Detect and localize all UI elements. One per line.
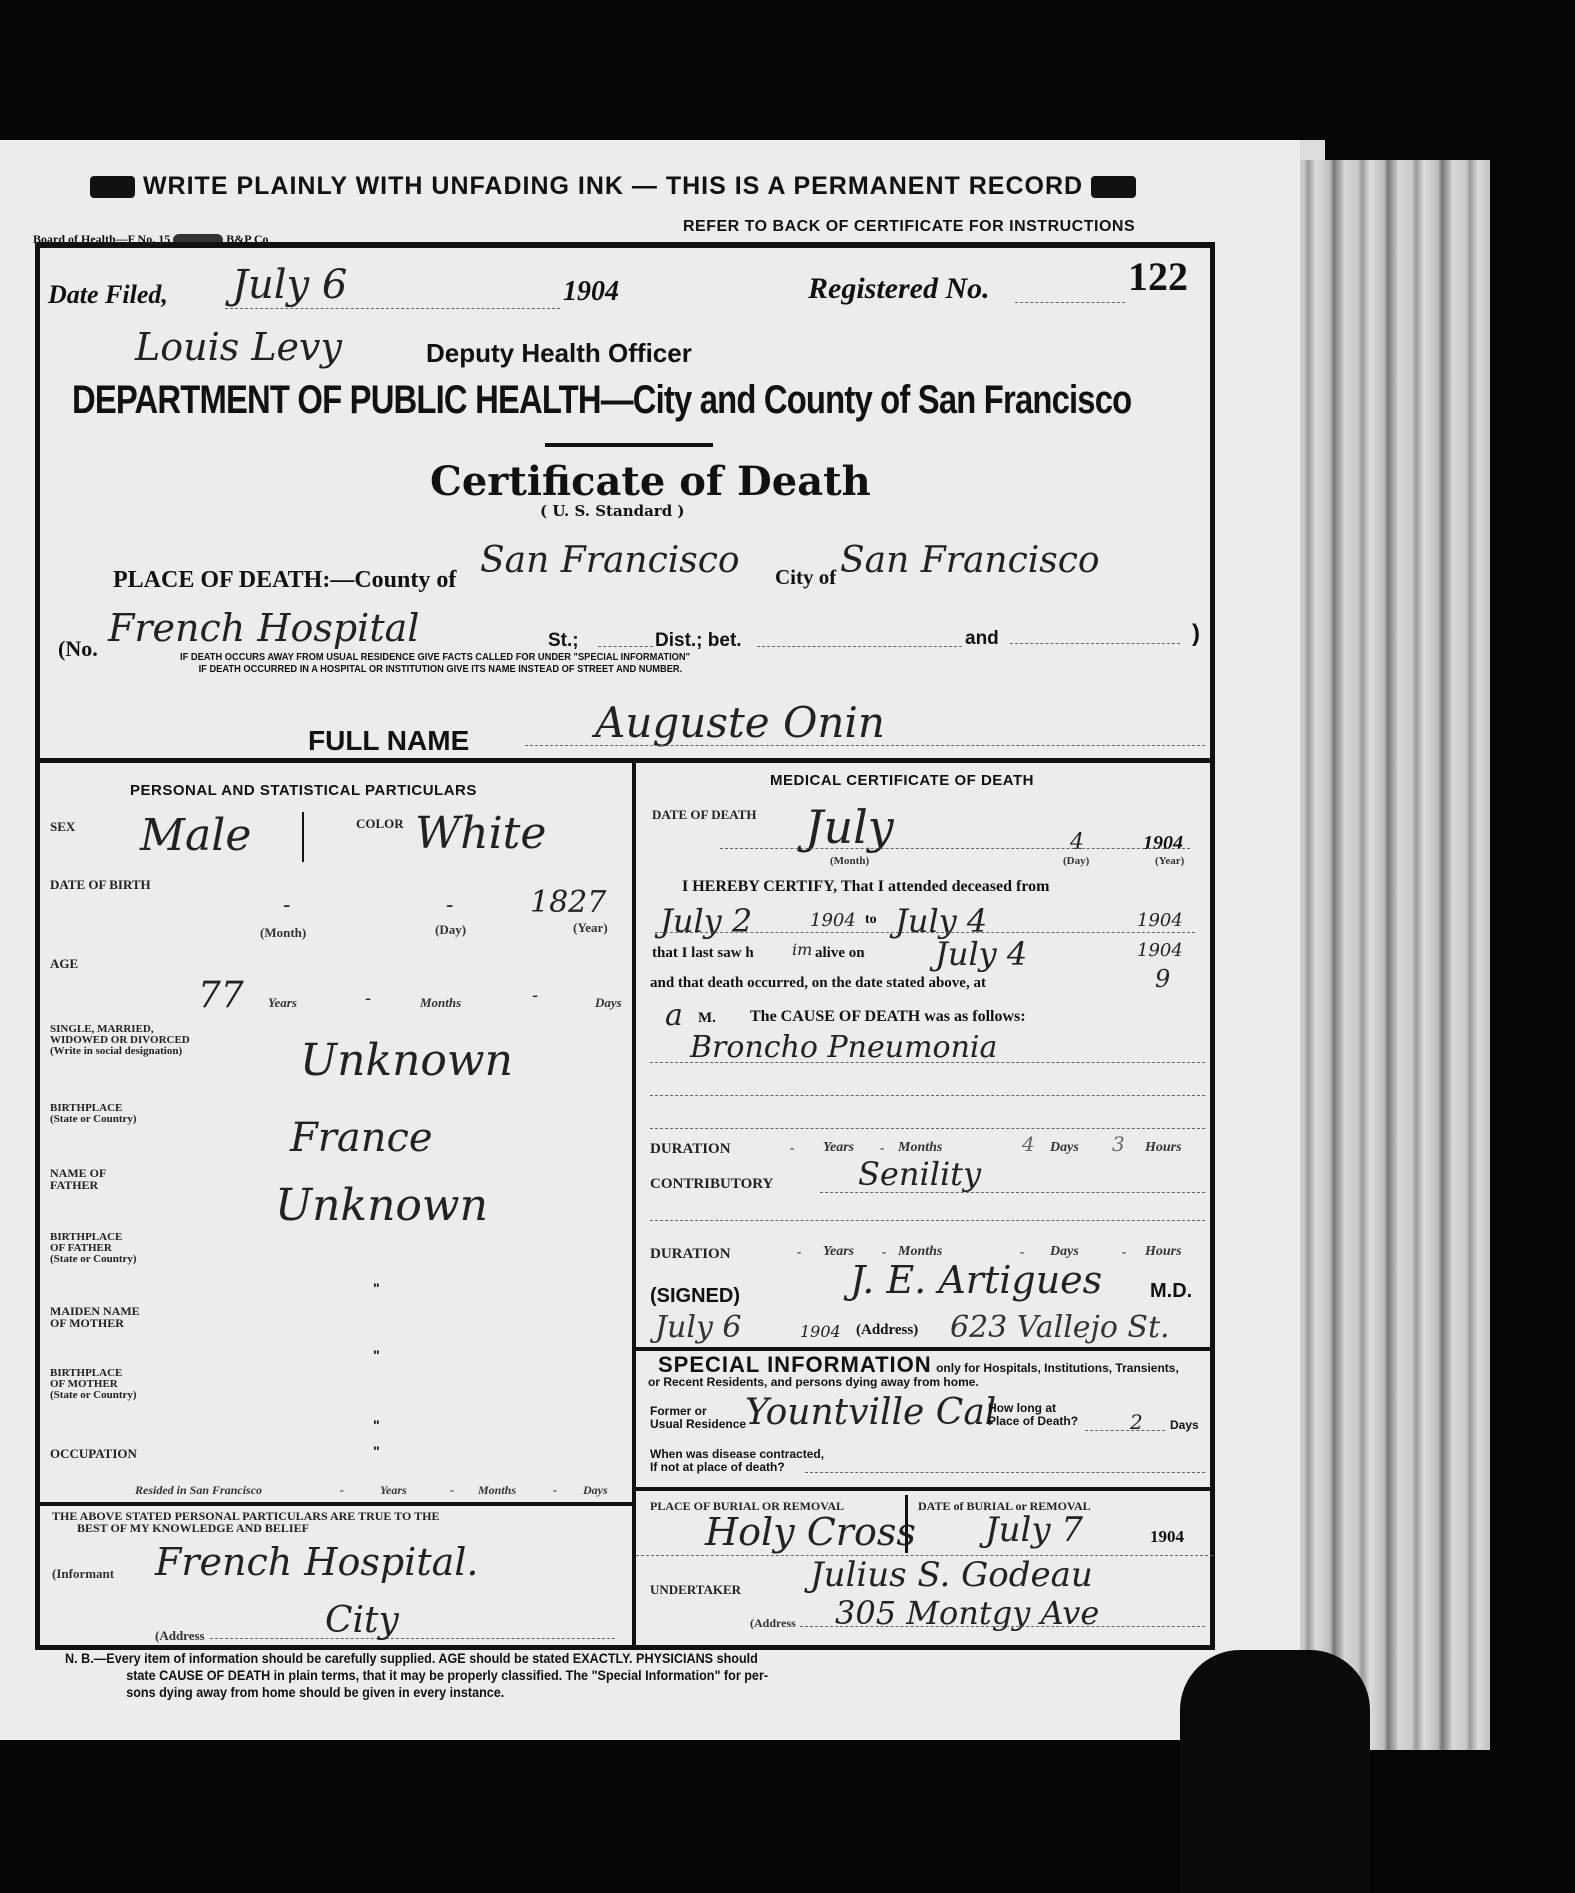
duration-1-months-caption: Months — [898, 1140, 942, 1156]
signed-label: (SIGNED) — [650, 1285, 740, 1308]
contributory-label: CONTRIBUTORY — [650, 1178, 773, 1191]
father-name-value: Unknown — [275, 1180, 488, 1231]
age-label: AGE — [50, 957, 78, 970]
informant-value: French Hospital. — [155, 1540, 478, 1584]
informant-address-label: (Address — [155, 1628, 205, 1644]
how-long-unit: Days — [1170, 1418, 1199, 1432]
registered-no-value: 122 — [1128, 253, 1188, 300]
attended-from-year: 1904 — [810, 910, 856, 931]
close-paren: ) — [1192, 620, 1200, 648]
to-label: to — [865, 912, 877, 928]
age-months: - — [365, 988, 371, 1009]
burial-date-year: 1904 — [1150, 1527, 1184, 1547]
marital-value: Unknown — [300, 1035, 513, 1086]
duration-2-hours: - — [1122, 1244, 1126, 1260]
attended-line — [655, 932, 1195, 933]
certificate-title: Certificate of Death — [430, 458, 871, 505]
officer-title: Deputy Health Officer — [426, 338, 692, 369]
attended-from: July 2 — [660, 902, 752, 940]
contributory-line-2 — [650, 1220, 1205, 1221]
resided-months-caption: Months — [478, 1483, 516, 1498]
duration-1-days-caption: Days — [1050, 1140, 1079, 1156]
residence-label: Former or Usual Residence — [650, 1405, 746, 1431]
district-line — [757, 646, 962, 647]
birthplace-label-line: (State or Country) — [50, 1114, 137, 1125]
burial-divider — [905, 1495, 908, 1553]
burial-place-value: Holy Cross — [705, 1510, 916, 1554]
refer-instructions: REFER TO BACK OF CERTIFICATE FOR INSTRUC… — [683, 218, 1135, 236]
street-label: St.; — [548, 630, 579, 652]
mother-maiden-label-line: OF MOTHER — [50, 1317, 140, 1329]
sex-label: SEX — [50, 820, 75, 833]
how-long-label: How long at Place of Death? — [988, 1402, 1078, 1428]
death-month-caption: (Month) — [830, 855, 869, 867]
signed-date: July 6 — [655, 1310, 742, 1345]
undertaker-address-line — [800, 1626, 1205, 1627]
duration-1-label: DURATION — [650, 1143, 731, 1156]
burial-rule — [636, 1487, 1213, 1491]
physician-address-value: 623 Vallejo St. — [950, 1310, 1170, 1345]
ink-warning-banner: WRITE PLAINLY WITH UNFADING INK — THIS I… — [90, 172, 1136, 201]
duration-1-years: - — [790, 1140, 794, 1156]
place-of-death-label: PLACE OF DEATH:—County of — [113, 567, 456, 594]
city-value: San Francisco — [840, 540, 1100, 581]
certificate-frame — [35, 242, 1215, 1650]
duration-1-hours-caption: Hours — [1145, 1140, 1182, 1156]
duration-1-hours: 3 — [1112, 1132, 1125, 1156]
signed-year: 1904 — [800, 1322, 841, 1341]
how-long-value: 2 — [1130, 1410, 1143, 1434]
cause-label: The CAUSE OF DEATH was as follows: — [750, 1008, 1026, 1026]
column-divider — [632, 763, 636, 1645]
color-value: White — [415, 808, 546, 859]
footnote: N. B.—Every item of information should b… — [65, 1650, 1019, 1701]
father-name-label-line: FATHER — [50, 1179, 106, 1191]
death-year-caption: (Year) — [1155, 855, 1184, 867]
duration-2-label: DURATION — [650, 1248, 731, 1261]
street-no-value: French Hospital — [108, 606, 419, 650]
department-heading: DEPARTMENT OF PUBLIC HEALTH—City and Cou… — [72, 378, 1131, 423]
footnote-line: sons dying away from home should be give… — [65, 1684, 1019, 1701]
book-page-edges — [1290, 160, 1490, 1750]
marital-label: SINGLE, MARRIED, WIDOWED OR DIVORCED (Wr… — [50, 1024, 190, 1057]
dob-month: - — [283, 893, 290, 918]
physician-signature: J. E. Artigues — [850, 1258, 1102, 1302]
residence-value: Yountville Cal — [745, 1392, 996, 1433]
date-of-death-label: DATE OF DEATH — [652, 808, 757, 821]
residence-label-line: Usual Residence — [650, 1418, 746, 1431]
dob-day-caption: (Day) — [435, 922, 466, 938]
burial-date-value: July 7 — [985, 1510, 1083, 1550]
age-days: - — [532, 985, 538, 1006]
resided-days: - — [553, 1483, 557, 1498]
date-filed-line — [225, 308, 560, 309]
age-years: 77 — [198, 975, 244, 1016]
age-days-caption: Days — [595, 995, 622, 1011]
street-no-label: (No. — [58, 636, 98, 662]
marital-label-line: (Write in social designation) — [50, 1046, 190, 1057]
dob-day: - — [446, 893, 453, 918]
age-years-caption: Years — [268, 995, 297, 1011]
duration-1-months: - — [880, 1140, 884, 1156]
duration-1-years-caption: Years — [823, 1140, 854, 1156]
how-long-line — [1085, 1430, 1165, 1431]
footnote-line: N. B.—Every item of information should b… — [65, 1650, 1019, 1667]
registered-no-line — [1015, 302, 1125, 303]
instruction-line-2: IF DEATH OCCURRED IN A HOSPITAL OR INSTI… — [180, 664, 690, 676]
age-months-caption: Months — [420, 995, 461, 1011]
last-saw-date: July 4 — [935, 935, 1027, 973]
contributory-line — [820, 1192, 1205, 1193]
cause-line-1 — [650, 1062, 1205, 1063]
certify-text: I HEREBY CERTIFY, That I attended deceas… — [682, 878, 1049, 896]
instruction-line-1: IF DEATH OCCURS AWAY FROM USUAL RESIDENC… — [180, 652, 690, 664]
pointing-hand-icon — [1091, 176, 1136, 198]
mother-birthplace-label-line: (State or Country) — [50, 1390, 137, 1401]
registered-no-label: Registered No. — [808, 272, 990, 306]
personal-heading: PERSONAL AND STATISTICAL PARTICULARS — [130, 782, 477, 799]
father-birthplace-value: " — [373, 1280, 380, 1296]
medical-heading: MEDICAL CERTIFICATE OF DEATH — [770, 772, 1034, 789]
duration-1-days: 4 — [1022, 1132, 1035, 1156]
place-instructions: IF DEATH OCCURS AWAY FROM USUAL RESIDENC… — [180, 652, 690, 676]
certificate-subtitle: ( U. S. Standard ) — [540, 502, 685, 520]
special-info-rule — [636, 1347, 1213, 1351]
and-label: and — [965, 628, 999, 650]
contracted-label-line: If not at place of death? — [650, 1461, 824, 1474]
meridiem: a — [665, 998, 683, 1033]
death-month: July — [805, 800, 894, 854]
special-info-title: SPECIAL INFORMATION — [658, 1352, 932, 1377]
district-label: Dist.; bet. — [655, 630, 742, 652]
death-year: 1904 — [1143, 832, 1183, 855]
and-line — [1010, 643, 1180, 644]
resided-months: - — [450, 1483, 454, 1498]
street-line — [598, 646, 653, 647]
special-info-scope-2: or Recent Residents, and persons dying a… — [648, 1375, 979, 1389]
full-name-value: Auguste Onin — [595, 698, 885, 747]
special-info-scope: only for Hospitals, Institutions, Transi… — [936, 1361, 1179, 1375]
alive-on-label: alive on — [815, 945, 865, 962]
resided-days-caption: Days — [583, 1483, 608, 1498]
md-label: M.D. — [1150, 1280, 1192, 1303]
birthplace-value: France — [290, 1115, 433, 1161]
occupation-value: " — [373, 1443, 380, 1459]
mother-maiden-label: MAIDEN NAME OF MOTHER — [50, 1305, 140, 1329]
resided-years-caption: Years — [380, 1483, 407, 1498]
meridiem-suffix: M. — [698, 1010, 716, 1027]
attestation: THE ABOVE STATED PERSONAL PARTICULARS AR… — [52, 1510, 439, 1534]
duration-2-hours-caption: Hours — [1145, 1244, 1182, 1260]
resided-label: Resided in San Francisco — [135, 1483, 262, 1498]
dob-month-caption: (Month) — [260, 925, 306, 941]
last-saw-year: 1904 — [1137, 940, 1183, 961]
dob-year: 1827 — [530, 885, 606, 920]
father-birthplace-label-line: (State or Country) — [50, 1254, 137, 1265]
footnote-line: state CAUSE OF DEATH in plain terms, tha… — [65, 1667, 1019, 1684]
undertaker-address-label: (Address — [750, 1616, 796, 1631]
attended-to-year: 1904 — [1137, 910, 1183, 931]
banner-text: WRITE PLAINLY WITH UNFADING INK — THIS I… — [143, 172, 1083, 200]
cause-line-3 — [650, 1128, 1205, 1129]
date-filed-label: Date Filed, — [48, 280, 168, 310]
officer-signature: Louis Levy — [135, 325, 342, 369]
sex-value: Male — [140, 810, 251, 861]
death-day-caption: (Day) — [1063, 855, 1089, 867]
how-long-label-line: Place of Death? — [988, 1415, 1078, 1428]
city-label: City of — [775, 565, 836, 590]
death-occurred-text: and that death occurred, on the date sta… — [650, 975, 986, 992]
date-filed-year: 1904 — [563, 276, 619, 308]
physician-address-label: (Address) — [856, 1322, 918, 1339]
color-label: COLOR — [356, 817, 404, 830]
informant-rule — [38, 1502, 632, 1506]
date-filed-value: July 6 — [232, 262, 347, 308]
scanner-thumb-shadow — [1180, 1650, 1370, 1893]
sex-color-divider — [302, 812, 304, 862]
father-name-label: NAME OF FATHER — [50, 1167, 106, 1191]
last-saw-pronoun: im — [792, 940, 812, 959]
death-day: 4 — [1070, 830, 1084, 855]
mother-birthplace-value: " — [373, 1417, 380, 1433]
duration-2-years: - — [797, 1244, 801, 1260]
mother-maiden-value: " — [373, 1347, 380, 1363]
full-name-label: FULL NAME — [308, 725, 469, 757]
dob-year-caption: (Year) — [573, 920, 608, 936]
mother-birthplace-label: BIRTHPLACE OF MOTHER (State or Country) — [50, 1368, 137, 1401]
last-saw-label: that I last saw h — [652, 945, 754, 962]
dob-label: DATE OF BIRTH — [50, 878, 151, 891]
contracted-label: When was disease contracted, If not at p… — [650, 1448, 824, 1474]
attestation-line: BEST OF MY KNOWLEDGE AND BELIEF — [52, 1522, 439, 1534]
cause-line-2 — [650, 1095, 1205, 1096]
occupation-label: OCCUPATION — [50, 1447, 137, 1460]
informant-address-line — [210, 1638, 615, 1639]
undertaker-value: Julius S. Godeau — [810, 1555, 1093, 1595]
birthplace-label: BIRTHPLACE (State or Country) — [50, 1103, 137, 1125]
cause-value: Broncho Pneumonia — [690, 1030, 997, 1065]
informant-address-value: City — [325, 1600, 399, 1641]
title-rule — [545, 443, 713, 447]
death-hour: 9 — [1155, 965, 1170, 993]
section-rule — [38, 758, 1213, 763]
contributory-value: Senility — [858, 1155, 981, 1193]
county-value: San Francisco — [480, 540, 740, 581]
date-of-death-line — [720, 848, 1190, 849]
father-birthplace-label: BIRTHPLACE OF FATHER (State or Country) — [50, 1232, 137, 1265]
informant-label: (Informant — [52, 1566, 114, 1582]
undertaker-label: UNDERTAKER — [650, 1583, 741, 1596]
full-name-line — [525, 745, 1205, 746]
contracted-line — [805, 1472, 1205, 1473]
pointing-hand-icon — [90, 176, 135, 198]
resided-years: - — [340, 1483, 344, 1498]
